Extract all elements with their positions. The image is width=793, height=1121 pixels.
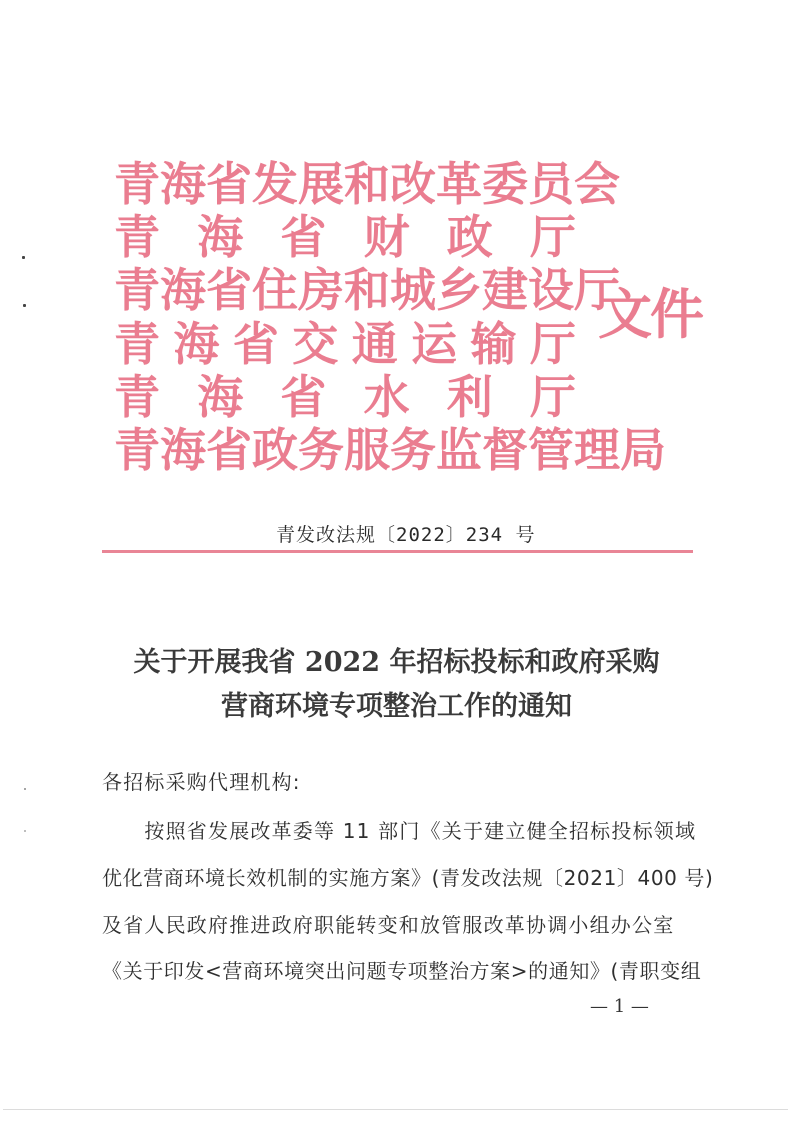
issuer-char: 水 (364, 371, 410, 423)
body-line-3: 及省人民政府推进政府职能转变和放管服改革协调小组办公室 (102, 909, 692, 938)
issuer-char: 政 (447, 211, 493, 263)
issuer-char: 展 (298, 158, 344, 210)
scan-speck (23, 304, 26, 307)
issuer-char: 务 (298, 424, 344, 476)
issuer-char: 省 (206, 158, 252, 210)
issuer-char: 服 (344, 424, 390, 476)
body-line-4: 《关于印发<营商环境突出问题专项整治方案>的通知》(青职变组 (102, 955, 692, 984)
issuer-char: 省 (206, 424, 252, 476)
issuer-char: 运 (411, 318, 457, 370)
body-line-1: 按照省发展改革委等 11 部门《关于建立健全招标投标领域 (102, 815, 692, 844)
issuer-char: 青 (114, 424, 160, 476)
issuer-char: 财 (364, 211, 410, 263)
issuer-char: 海 (197, 211, 243, 263)
issuer-char: 督 (482, 424, 528, 476)
issuer-char: 局 (620, 424, 666, 476)
issuer-char: 监 (436, 424, 482, 476)
page-number: — 1 — (590, 996, 649, 1017)
issuer-char: 政 (252, 424, 298, 476)
issuer-char: 海 (160, 424, 206, 476)
issuer-char: 理 (574, 424, 620, 476)
issuer-char: 厅 (530, 371, 576, 423)
issuer-char: 海 (160, 158, 206, 210)
issuer-char: 会 (574, 158, 620, 210)
addressee: 各招标采购代理机构: (102, 766, 692, 795)
document-number: 青发改法规〔2022〕234 号 (276, 520, 536, 547)
issuer-char: 青 (114, 318, 160, 370)
issuer-char: 省 (233, 318, 279, 370)
issuer-line-4: 青海省交通运输厅 (114, 318, 576, 370)
issuer-char: 省 (280, 371, 326, 423)
issuer-char: 委 (482, 158, 528, 210)
issuer-line-6: 青海省政务服务监督管理局 (114, 424, 576, 476)
issuer-char: 青 (114, 264, 160, 316)
issuer-char: 管 (528, 424, 574, 476)
red-separator-rule (102, 550, 693, 553)
issuer-char: 和 (344, 158, 390, 210)
issuer-char: 乡 (436, 264, 482, 316)
issuer-char: 青 (114, 211, 160, 263)
issuer-line-2: 青海省财政厅 (114, 211, 576, 263)
title-line-1: 关于开展我省 2022 年招标投标和政府采购 (60, 640, 733, 679)
issuer-char: 住 (252, 264, 298, 316)
issuer-line-1: 青海省发展和改革委员会 (114, 158, 576, 210)
issuer-char: 建 (482, 264, 528, 316)
issuer-line-3: 青海省住房和城乡建设厅 (114, 264, 576, 316)
issuer-char: 设 (528, 264, 574, 316)
issuer-char: 输 (471, 318, 517, 370)
issuer-char: 青 (114, 371, 160, 423)
issuer-char: 海 (160, 264, 206, 316)
scan-speck (24, 830, 26, 832)
issuer-char: 房 (298, 264, 344, 316)
scan-speck (24, 788, 26, 790)
issuer-char: 省 (206, 264, 252, 316)
scan-speck (22, 256, 25, 259)
page-bottom-edge (3, 1109, 788, 1110)
document-type-label: 文件 (598, 282, 702, 346)
issuer-char: 青 (114, 158, 160, 210)
issuer-char: 通 (352, 318, 398, 370)
issuer-char: 厅 (530, 318, 576, 370)
issuer-char: 员 (528, 158, 574, 210)
issuer-char: 务 (390, 424, 436, 476)
issuer-char: 海 (197, 371, 243, 423)
issuer-char: 海 (173, 318, 219, 370)
title-line-2: 营商环境专项整治工作的通知 (60, 684, 733, 723)
issuer-char: 革 (436, 158, 482, 210)
issuer-char: 和 (344, 264, 390, 316)
body-line-2: 优化营商环境长效机制的实施方案》(青发改法规〔2021〕400 号) (102, 862, 692, 891)
issuer-char: 城 (390, 264, 436, 316)
issuer-char: 交 (292, 318, 338, 370)
issuer-char: 省 (280, 211, 326, 263)
issuer-char: 改 (390, 158, 436, 210)
issuer-line-5: 青海省水利厅 (114, 371, 576, 423)
issuer-char: 厅 (530, 211, 576, 263)
issuer-char: 发 (252, 158, 298, 210)
issuer-char: 利 (447, 371, 493, 423)
